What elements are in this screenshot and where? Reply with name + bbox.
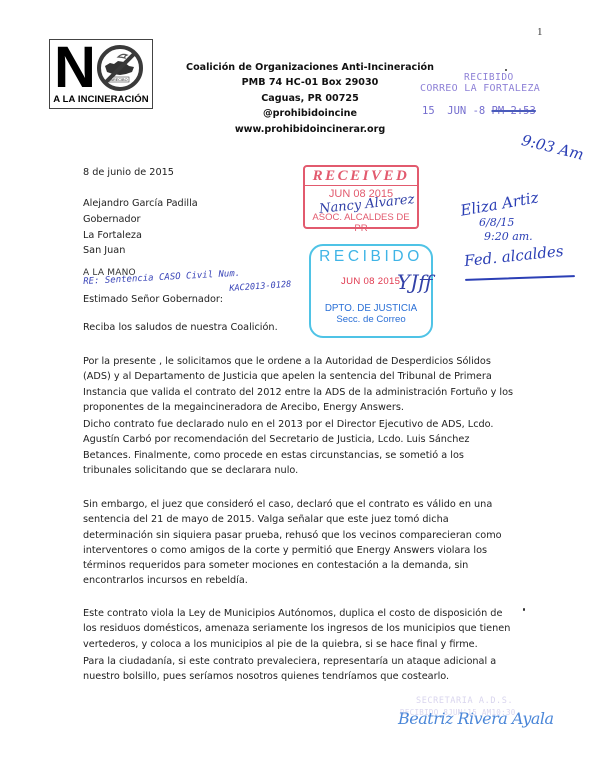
- stamp-recibido-justicia: RECIBIDO JUN 08 2015 DPTO. DE JUSTICIA S…: [309, 244, 433, 338]
- greeting: Reciba los saludos de nuestra Coalición.: [83, 320, 278, 335]
- recipient-block: Alejandro García Padilla Gobernador La F…: [83, 196, 198, 259]
- page-number: 1: [537, 26, 543, 38]
- paragraph-law-violation: Este contrato viola la Ley de Municipios…: [83, 606, 523, 652]
- svg-text:ARECIBO: ARECIBO: [110, 78, 127, 82]
- paragraph-line: Agustín Carbó por recomendación del Secr…: [83, 432, 523, 447]
- paragraph-line: Instancia que valida el contrato del 201…: [83, 385, 523, 400]
- paragraph-line: Sin embargo, el juez que consideró el ca…: [83, 497, 523, 512]
- handwritten-underline: [465, 275, 575, 281]
- website: www.prohibidoincinerar.org: [170, 122, 450, 137]
- no-incineration-prohibited-sign-icon: ARECIBO: [96, 44, 144, 92]
- twitter-handle: @prohibidoincine: [170, 106, 450, 121]
- scan-mark: [505, 69, 507, 71]
- handwritten-receipt-date: 6/8/15: [479, 216, 514, 230]
- paragraph-line: sentencia del 21 de mayo de 2015. Valga …: [83, 512, 523, 527]
- handwritten-receipt-time: 9:20 am.: [484, 230, 533, 244]
- stamp-recibido-section: Secc. de Correo: [311, 314, 431, 325]
- scan-mark: [523, 608, 525, 611]
- letterhead: Coalición de Organizaciones Anti-Inciner…: [170, 60, 450, 137]
- stamp-received-title: RECEIVED: [305, 168, 417, 186]
- organization-logo: N ARECIBO A LA INCINERACIÓN: [49, 39, 153, 109]
- handwritten-arrival-time: 9:03 Am: [520, 131, 586, 164]
- paragraph-request: Por la presente , le solicitamos que le …: [83, 354, 523, 415]
- organization-name: Coalición de Organizaciones Anti-Inciner…: [170, 60, 450, 75]
- salutation: Estimado Señor Gobernador:: [83, 292, 223, 307]
- signature: Beatriz Rivera Ayala: [398, 709, 554, 728]
- paragraph-line: Dicho contrato fue declarado nulo en el …: [83, 417, 523, 432]
- stamp-recibido-signature: YJff: [397, 270, 432, 294]
- paragraph-line: nuestro bolsillo, pues seríamos nosotros…: [83, 669, 523, 684]
- paragraph-line: Betances. Finalmente, como procede en es…: [83, 448, 523, 463]
- stamp-fortaleza-date: 15 JUN -8 PM 2:53: [422, 106, 536, 117]
- stamp-fortaleza-title: RECIBIDO: [464, 72, 514, 83]
- stamp-recibido-title: RECIBIDO: [311, 248, 431, 266]
- recipient-title: Gobernador: [83, 212, 198, 228]
- logo-caption: A LA INCINERACIÓN: [50, 94, 152, 105]
- stamp-recibido-dept: DPTO. DE JUSTICIA: [311, 303, 431, 314]
- paragraph-line: Este contrato viola la Ley de Municipios…: [83, 606, 523, 621]
- paragraph-contract-history: Dicho contrato fue declarado nulo en el …: [83, 417, 523, 478]
- recipient-name: Alejandro García Padilla: [83, 196, 198, 212]
- postal-address: PMB 74 HC-01 Box 29030: [170, 75, 450, 90]
- paragraph-citizen-impact: Para la ciudadanía, si este contrato pre…: [83, 654, 523, 685]
- stamp-fortaleza-struck-time: PM 2:53: [492, 105, 536, 117]
- paragraph-line: tribunales solicitando que se declarara …: [83, 463, 523, 478]
- handwritten-receipt-org: Fed. alcaldes: [464, 244, 565, 268]
- stamp-fortaleza-date-text: 15 JUN -8: [422, 105, 492, 117]
- paragraph-line: proponentes de la megaincineradora de Ar…: [83, 400, 523, 415]
- recipient-city: San Juan: [83, 243, 198, 259]
- paragraph-line: vertederos, y coloca a los municipios al…: [83, 637, 523, 652]
- recipient-office: La Fortaleza: [83, 228, 198, 244]
- paragraph-line: interventores o como amigos de la corte …: [83, 543, 523, 558]
- paragraph-line: los residuos domésticos, amenaza seriame…: [83, 621, 523, 636]
- paragraph-line: encontrarlos incursos en rebeldía.: [83, 573, 523, 588]
- stamp-ads-title: SECRETARIA A.D.S.: [416, 696, 513, 707]
- stamp-received-alcaldes: RECEIVED JUN 08 2015 ASOC. ALCALDES DE P…: [303, 165, 419, 229]
- handwritten-receiver-name: Eliza Artiz: [459, 190, 539, 217]
- paragraph-line: (ADS) y al Departamento de Justicia que …: [83, 369, 523, 384]
- handwritten-case-number: KAC2013-0128: [229, 280, 292, 294]
- logo-letter-n: N: [54, 40, 94, 96]
- paragraph-line: Por la presente , le solicitamos que le …: [83, 354, 523, 369]
- stamp-fortaleza-office: CORREO LA FORTALEZA: [420, 83, 540, 94]
- paragraph-line: determinación sin siquiera pasar prueba,…: [83, 528, 523, 543]
- paragraph-line: Para la ciudadanía, si este contrato pre…: [83, 654, 523, 669]
- paragraph-line: términos requeridos para someter mocione…: [83, 558, 523, 573]
- city-line: Caguas, PR 00725: [170, 91, 450, 106]
- paragraph-judgment: Sin embargo, el juez que consideró el ca…: [83, 497, 523, 589]
- letter-date: 8 de junio de 2015: [83, 165, 174, 180]
